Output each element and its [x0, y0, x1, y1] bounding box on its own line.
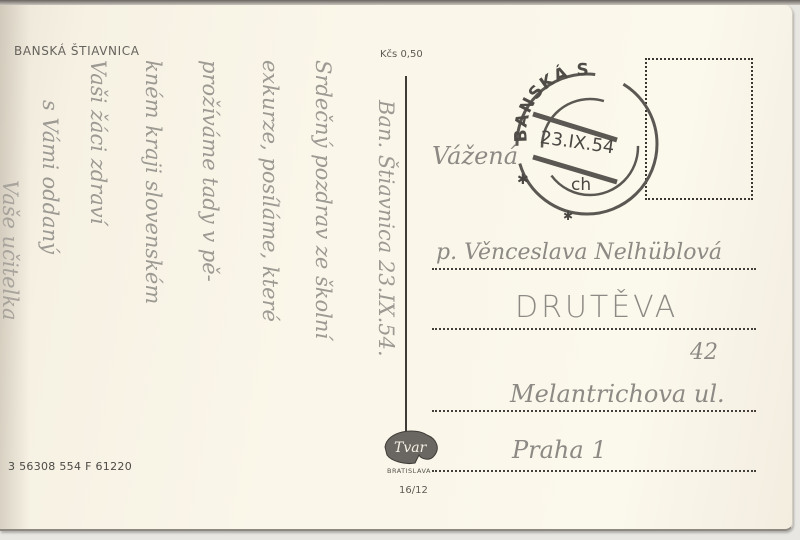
- address-line-1: [432, 268, 756, 270]
- message-line: prožíváme tady v pě-: [198, 60, 222, 282]
- message-line: s Vámi oddaný: [38, 100, 62, 254]
- address-town: DRUTĚVA: [515, 290, 678, 325]
- publisher-logo-text: Tvar: [394, 440, 428, 456]
- place-title: BANSKÁ ŠTIAVNICA: [14, 44, 140, 58]
- address-line-2: [432, 328, 756, 330]
- message-line: Srdečný pozdrav ze školní: [311, 60, 335, 339]
- address-house-number: 42: [690, 340, 718, 365]
- address-street: Melantrichova ul.: [510, 380, 725, 408]
- publisher-logo: Tvar BRATISLAVA: [375, 425, 445, 480]
- postmark-stamp: BANSKÁ Š 23.IX.54 ch ✱ ✱: [505, 62, 665, 222]
- postmark-suffix: ch: [571, 175, 591, 195]
- center-divider: [405, 76, 407, 461]
- address-line-3: [432, 410, 756, 412]
- message-line: exkurze, posíláme, které: [258, 60, 282, 322]
- address-line-4: [432, 470, 756, 472]
- svg-text:✱: ✱: [517, 172, 529, 188]
- message-line: Vaše učitelka: [0, 180, 22, 320]
- message-line: Vaši žáci zdraví: [86, 60, 110, 224]
- series-number: 16/12: [399, 485, 428, 496]
- publisher-city: BRATISLAVA: [387, 467, 431, 475]
- address-recipient: p. Věnceslava Nelhüblová: [436, 240, 722, 265]
- message-place-date: Ban. Štiavnica 23.IX.54.: [374, 100, 398, 357]
- message-line: kném kraji slovenském: [141, 60, 165, 304]
- price-label: Kčs 0,50: [380, 49, 423, 60]
- svg-text:✱: ✱: [563, 209, 573, 222]
- print-code: 3 56308 554 F 61220: [8, 460, 132, 473]
- postmark-date: 23.IX.54: [539, 127, 616, 158]
- address-city: Praha 1: [512, 436, 607, 464]
